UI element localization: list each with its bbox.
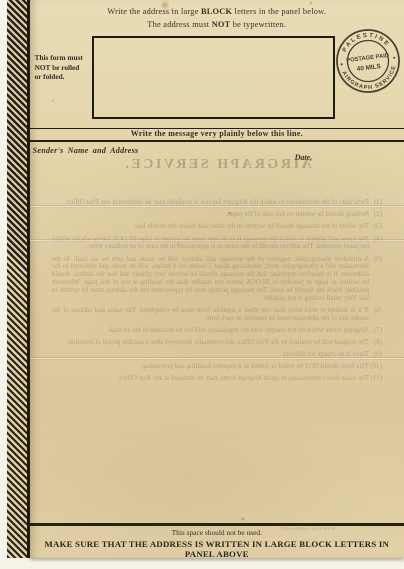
form-paper: Write the address in large BLOCK letters… bbox=[30, 0, 404, 558]
instruction-text: The value (less commission) of spoilt Ai… bbox=[117, 374, 369, 382]
instruction-item: (4)The name and address to which the mes… bbox=[52, 236, 382, 252]
divider-rule-bottom bbox=[30, 140, 404, 142]
instruction-item: (5)A miniature photographic negative of … bbox=[52, 256, 382, 303]
postage-paid-stamp: PALESTINE AIRGRAPH SERVICE POSTAGE PAID … bbox=[332, 25, 404, 97]
header-line2-pre: The address must bbox=[147, 20, 211, 29]
binding-stripes bbox=[7, 0, 27, 558]
header-line1-pre: Write the address in large bbox=[107, 7, 201, 16]
instruction-number: (2) bbox=[373, 211, 381, 219]
form-handling-note-line1: This form must bbox=[35, 53, 93, 63]
instruction-item: (3)The whole of the message should be wr… bbox=[52, 223, 382, 231]
instruction-item: (6)If it is desired to send more than on… bbox=[52, 307, 382, 323]
form-handling-note-line2: NOT be rolled bbox=[35, 63, 93, 73]
paper-crease bbox=[30, 205, 404, 208]
instruction-text: If it is desired to send more than one s… bbox=[52, 306, 369, 322]
instruction-number: (6) bbox=[373, 307, 381, 315]
sender-name-address-label: Sender's Name and Address bbox=[33, 146, 139, 155]
instruction-text: A miniature photographic negative of the… bbox=[52, 255, 369, 302]
form-handling-note-line3: or folded. bbox=[35, 72, 93, 82]
header-line2-post: be typewritten. bbox=[230, 20, 286, 29]
header-line2-bold: NOT bbox=[212, 20, 231, 29]
instruction-number: (3) bbox=[373, 223, 381, 231]
instruction-number: (7) bbox=[373, 327, 381, 335]
instruction-text: The original will be retained by the Pos… bbox=[66, 338, 368, 346]
instruction-number: (5) bbox=[373, 256, 381, 264]
instruction-text: This form should NOT be rolled or folded… bbox=[141, 362, 369, 370]
instruction-item: (11)The value (less commission) of spoil… bbox=[52, 375, 382, 383]
instruction-item: (7)Airgraph forms which do not comply wi… bbox=[52, 327, 382, 335]
bleed-through-heading: AIRGRAPH SERVICE. bbox=[30, 157, 404, 173]
divider-instruction: Write the message very plainly below thi… bbox=[30, 129, 404, 138]
stamp-value-label: 40 MILS bbox=[356, 63, 382, 73]
header-instruction-line1: Write the address in large BLOCK letters… bbox=[30, 7, 404, 16]
instruction-item: (2)Nothing should be written on this sid… bbox=[52, 211, 382, 219]
form-handling-note: This form must NOT be rolled or folded. bbox=[35, 53, 93, 82]
instruction-text: The name and address to which the messag… bbox=[52, 235, 369, 251]
instruction-text: The whole of the message should be writt… bbox=[133, 222, 369, 230]
footer-rule bbox=[30, 523, 404, 526]
header-line1-post: letters in the panel below. bbox=[232, 7, 326, 16]
instruction-text: Nothing should be written on this side o… bbox=[225, 210, 368, 218]
instruction-item: (10)This form should NOT be rolled or fo… bbox=[52, 363, 382, 371]
instruction-number: (10) bbox=[370, 363, 382, 371]
footer-note: This space should not be used. bbox=[30, 528, 404, 537]
paper-crease bbox=[30, 239, 404, 242]
instruction-item: (8)The original will be retained by the … bbox=[52, 339, 382, 347]
instruction-text: Airgraph forms which do not comply with … bbox=[107, 326, 369, 334]
instruction-number: (11) bbox=[370, 375, 381, 383]
header-line1-bold: BLOCK bbox=[201, 7, 232, 16]
stamp-circle-icon: PALESTINE AIRGRAPH SERVICE POSTAGE PAID … bbox=[332, 25, 404, 97]
address-panel bbox=[92, 36, 335, 119]
instruction-number: (8) bbox=[373, 339, 381, 347]
paper-crease bbox=[30, 357, 404, 360]
stamp-postage-paid-label: POSTAGE PAID bbox=[346, 53, 389, 64]
scanned-airgraph-form: Write the address in large BLOCK letters… bbox=[0, 0, 404, 569]
footer-warning: MAKE SURE THAT THE ADDRESS IS WRITTEN IN… bbox=[30, 539, 404, 559]
